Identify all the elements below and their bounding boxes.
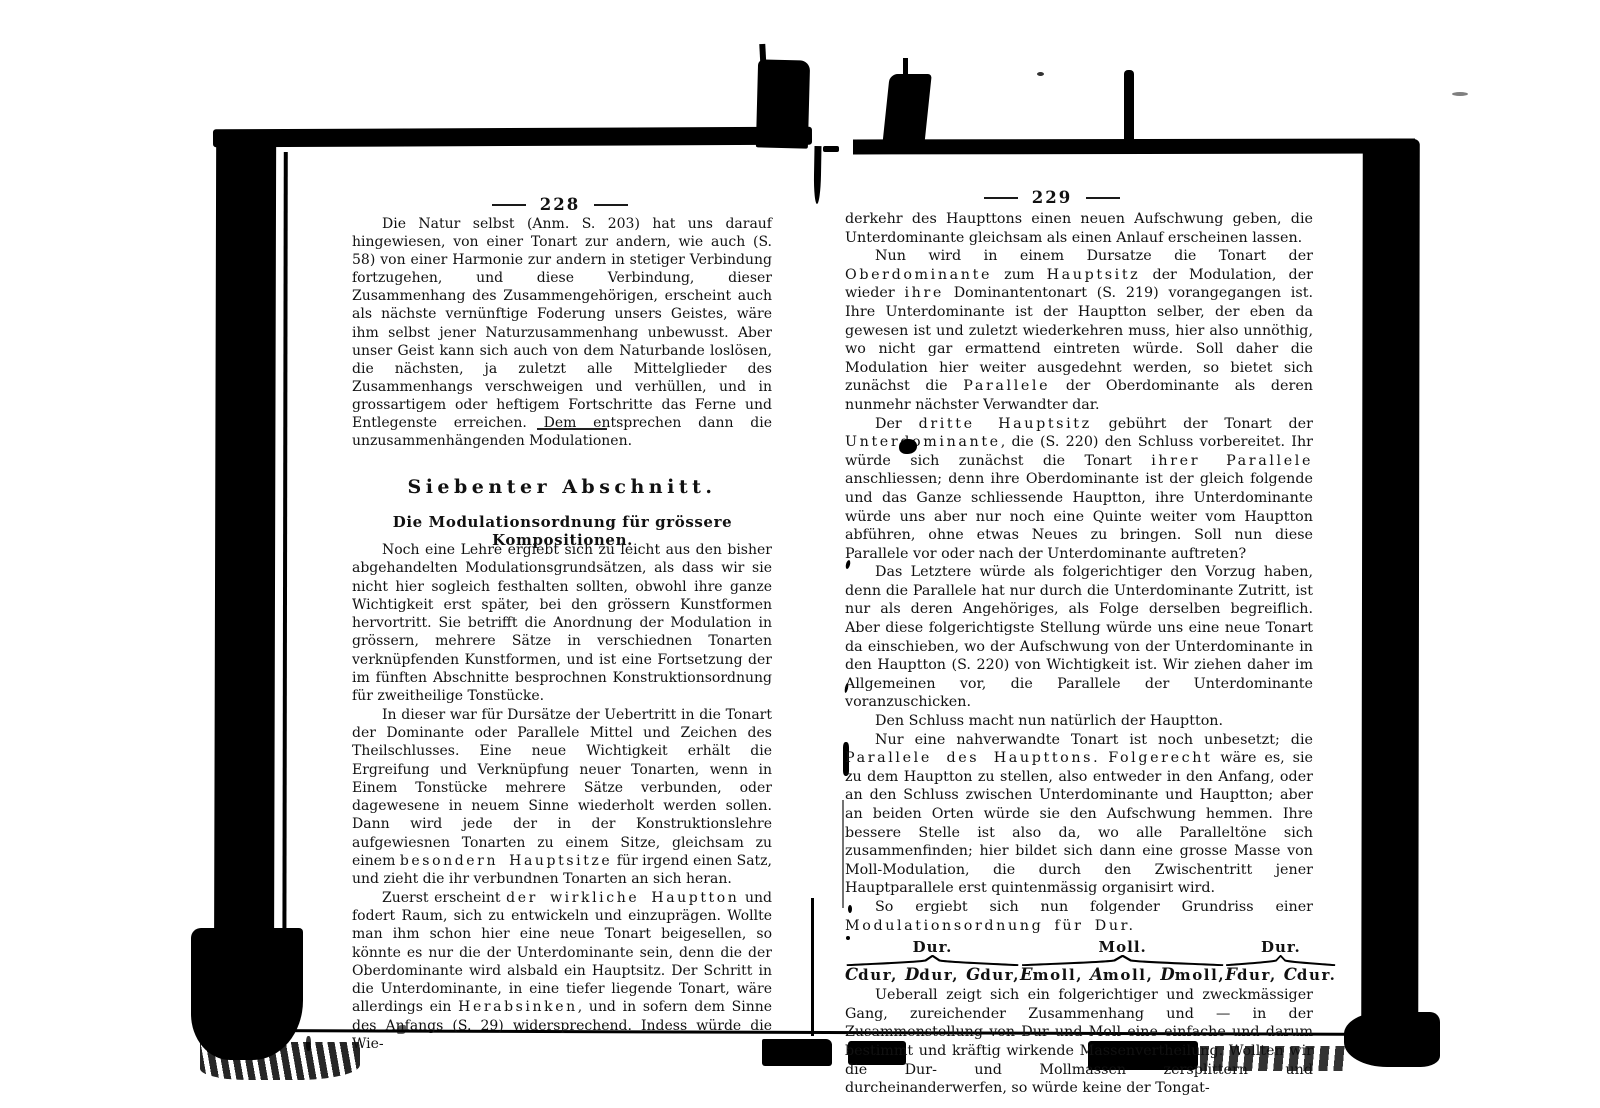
chord-suffix: dur, xyxy=(1237,966,1277,984)
scan-artifact-top-bar-left xyxy=(213,127,812,148)
left-page-body-column: Noch eine Lehre ergiebt sich zu leicht a… xyxy=(352,541,772,1053)
diagram-group-label: Dur. xyxy=(1261,939,1301,955)
paragraph: Die Natur selbst (Anm. S. 203) hat uns d… xyxy=(352,215,772,450)
diagram-chord-row: Emoll,Amoll,Dmoll, xyxy=(1020,966,1225,984)
emphasized-text: Modulationsordnung für Dur. xyxy=(845,918,1136,934)
chord-suffix: moll, xyxy=(1033,966,1084,984)
header-rule xyxy=(492,204,526,206)
header-rule xyxy=(984,197,1018,199)
scan-artifact-speck-5 xyxy=(1037,72,1044,76)
paragraph: Den Schluss macht nun natürlich der Haup… xyxy=(845,712,1313,731)
scanned-book-spread: 228 229 Die Natur selbst (Anm. S. 203) h… xyxy=(0,0,1600,1108)
chord-name: Fdur, xyxy=(1225,966,1277,984)
emphasized-text: Folgerecht xyxy=(1108,750,1212,766)
body-text: Das Letztere würde als folgerichtiger de… xyxy=(845,564,1313,710)
section-heading: Siebenter Abschnitt. xyxy=(352,476,772,498)
body-text: Nur eine nahverwandte Tonart ist noch un… xyxy=(875,732,1313,748)
chord-suffix: dur, xyxy=(858,966,898,984)
diagram-chord-row: Cdur,Ddur,Gdur, xyxy=(845,966,1020,984)
paragraph: Noch eine Lehre ergiebt sich zu leicht a… xyxy=(352,541,772,706)
overbrace-icon xyxy=(1020,955,1225,966)
body-text: Die Natur selbst (Anm. S. 203) hat uns d… xyxy=(352,216,772,449)
chord-initial: G xyxy=(966,965,980,984)
left-page-intro-column: Die Natur selbst (Anm. S. 203) hat uns d… xyxy=(352,215,772,450)
paragraph: So ergiebt sich nun folgender Grundriss … xyxy=(845,898,1313,935)
scan-artifact-top-blob-left xyxy=(756,59,810,148)
body-text: und fodert Raum, sich zu entwickeln und … xyxy=(352,890,772,1016)
scan-artifact-top-spike-right-2 xyxy=(1124,70,1134,144)
emphasized-text: Oberdominante xyxy=(845,267,992,283)
chord-initial: D xyxy=(1160,965,1174,984)
modulation-diagram: Dur.Cdur,Ddur,Gdur,Moll.Emoll,Amoll,Dmol… xyxy=(845,939,1313,984)
paragraph: Zuerst erscheint der wirkliche Hauptton … xyxy=(352,889,772,1054)
emphasized-text: Herabsinken xyxy=(458,999,578,1015)
chord-name: Gdur, xyxy=(966,966,1020,984)
chord-suffix: dur, xyxy=(919,966,959,984)
scan-artifact-speck-7 xyxy=(306,1036,311,1051)
paragraph: Nur eine nahverwandte Tonart ist noch un… xyxy=(845,731,1313,898)
scan-artifact-top-blob-right xyxy=(882,74,932,146)
paragraph: Der dritte Hauptsitz gebührt der Tonart … xyxy=(845,415,1313,564)
emphasized-text: Parallele xyxy=(963,378,1050,394)
chord-name: Emoll, xyxy=(1020,966,1083,984)
body-text: derkehr des Haupttons einen neuen Aufsch… xyxy=(845,211,1313,246)
paragraph: Ueberall zeigt sich ein folgerichtiger u… xyxy=(845,986,1313,1098)
emphasized-text: der wirkliche Hauptton xyxy=(506,890,739,906)
scan-artifact-top-bar-right xyxy=(853,139,1415,155)
scan-artifact-left-speckle xyxy=(200,1042,360,1080)
body-text: zum xyxy=(992,267,1047,283)
scan-artifact-left-bar xyxy=(214,130,276,1046)
emphasized-text: Unterdominante xyxy=(845,434,1001,450)
scan-artifact-left-bottom-blob xyxy=(191,928,303,1060)
chord-suffix: moll, xyxy=(1175,966,1226,984)
emphasized-text: dritte Hauptsitz xyxy=(919,416,1092,432)
overbrace-icon xyxy=(845,955,1020,966)
chord-initial: D xyxy=(905,965,919,984)
scan-artifact-top-spike-right-1 xyxy=(903,58,908,82)
scan-artifact-gutter-dash-top xyxy=(823,146,839,152)
overbrace-icon xyxy=(1225,955,1336,966)
body-text: wäre es, sie zu dem Hauptton zu stellen,… xyxy=(845,750,1313,896)
page-header-right: 229 xyxy=(902,188,1202,207)
body-text: In dieser war für Dursätze der Uebertrit… xyxy=(352,707,772,869)
paragraph: derkehr des Haupttons einen neuen Aufsch… xyxy=(845,210,1313,247)
body-text: Nun wird in einem Dursatze die Tonart de… xyxy=(875,248,1313,264)
chord-suffix: dur, xyxy=(980,966,1020,984)
page-header-left: 228 xyxy=(410,195,710,214)
body-text: anschliessen; denn ihre Oberdominante is… xyxy=(845,471,1313,561)
diagram-group: Moll.Emoll,Amoll,Dmoll, xyxy=(1020,939,1225,984)
scan-artifact-top-spike-left xyxy=(759,44,766,72)
chord-suffix: moll, xyxy=(1103,966,1154,984)
diagram-group-label: Moll. xyxy=(1099,939,1147,955)
chord-name: Amoll, xyxy=(1090,966,1153,984)
diagram-group-label: Dur. xyxy=(913,939,953,955)
chord-name: Dmoll, xyxy=(1160,966,1225,984)
body-text: So ergiebt sich nun folgender Grundriss … xyxy=(875,899,1313,915)
header-rule xyxy=(1086,197,1120,199)
scan-artifact-right-bottom-flare xyxy=(1344,1012,1440,1067)
emphasized-text: Parallele des Haupttons. xyxy=(845,750,1100,766)
scan-artifact-bottom-patch-1 xyxy=(762,1039,832,1066)
scan-artifact-left-thin-line xyxy=(282,152,288,1045)
scan-artifact-gutter-faint-line xyxy=(842,800,844,908)
body-text: Noch eine Lehre ergiebt sich zu leicht a… xyxy=(352,542,772,704)
body-text: gebührt der Tonart der xyxy=(1092,416,1313,432)
right-page-column: derkehr des Haupttons einen neuen Aufsch… xyxy=(845,210,1313,1098)
chord-initial: C xyxy=(1284,965,1297,984)
emphasized-text: besondern Hauptsitze xyxy=(400,853,612,869)
chord-name: Cdur. xyxy=(1284,966,1337,984)
chord-name: Cdur, xyxy=(845,966,898,984)
paragraph: Das Letztere würde als folgerichtiger de… xyxy=(845,563,1313,712)
body-text: Der xyxy=(875,416,919,432)
header-rule xyxy=(594,204,628,206)
page-number-right: 229 xyxy=(1032,188,1072,207)
page-number-left: 228 xyxy=(540,195,580,214)
diagram-group: Dur.Fdur,Cdur. xyxy=(1225,939,1336,984)
chord-initial: C xyxy=(845,965,858,984)
scan-artifact-gutter-drip xyxy=(813,146,821,204)
chord-initial: A xyxy=(1090,965,1103,984)
chord-initial: F xyxy=(1225,965,1237,984)
chord-suffix: dur. xyxy=(1297,966,1337,984)
body-text: Zuerst erscheint xyxy=(382,890,506,906)
body-text: Ueberall zeigt sich ein folgerichtiger u… xyxy=(845,987,1313,1096)
ink-blot xyxy=(899,439,917,454)
paragraph: In dieser war für Dursätze der Uebertrit… xyxy=(352,706,772,889)
chord-name: Ddur, xyxy=(905,966,959,984)
emphasized-text: ihre xyxy=(904,285,943,301)
paragraph: Nun wird in einem Dursatze die Tonart de… xyxy=(845,247,1313,414)
diagram-group: Dur.Cdur,Ddur,Gdur, xyxy=(845,939,1020,984)
diagram-chord-row: Fdur,Cdur. xyxy=(1225,966,1336,984)
scan-artifact-gutter-line xyxy=(811,898,814,1036)
body-text: Den Schluss macht nun natürlich der Haup… xyxy=(875,713,1223,729)
emphasized-text: Hauptsitz xyxy=(1047,267,1141,283)
emphasized-text: ihrer Parallele xyxy=(1151,453,1313,469)
scan-artifact-speck-6 xyxy=(1452,92,1468,96)
chord-initial: E xyxy=(1020,965,1033,984)
scan-artifact-right-bar xyxy=(1361,139,1420,1041)
section-divider-rule xyxy=(537,428,607,430)
